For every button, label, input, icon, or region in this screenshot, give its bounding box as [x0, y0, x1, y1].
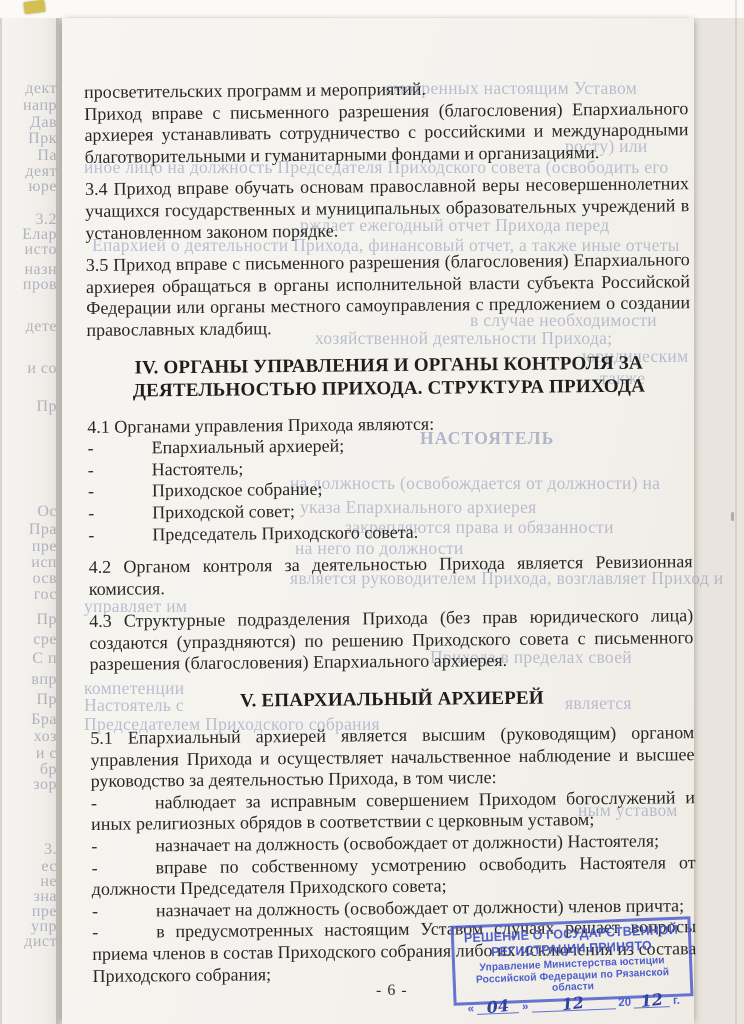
facing-page-text-fragment: Пр: [36, 691, 57, 709]
list-item-text: Настоятель;: [152, 458, 244, 479]
stamp-day-blank: 04: [477, 1000, 519, 1015]
scanned-document: { "document": { "page_number": "- 6 -", …: [0, 0, 744, 1024]
facing-page-text-fragment: Ос: [37, 503, 57, 521]
handwritten-day: 04: [486, 1000, 509, 1012]
handwritten-month: 12: [562, 997, 585, 1009]
document-page: смотренных настоящим Уставомросту) илиин…: [62, 18, 694, 1024]
list-item-indent: [98, 873, 156, 874]
paragraph-4-2: 4.2 Органом контроля за деятельностью Пр…: [89, 551, 693, 600]
list-item: -наблюдает за исправным совершением Прих…: [91, 787, 695, 836]
section-heading-4: IV. ОРГАНЫ УПРАВЛЕНИЯ И ОРГАНЫ КОНТРОЛЯ …: [110, 351, 668, 402]
facing-page-text-fragment: Бра: [31, 711, 57, 729]
list-item-indent: [98, 916, 156, 917]
list-item-marker: -: [91, 793, 97, 813]
stamp-year-prefix: 20: [618, 996, 631, 1009]
facing-page-text-fragment: С п: [32, 650, 57, 668]
facing-page-text-fragment: дист: [24, 933, 57, 951]
list-item-marker: -: [88, 481, 94, 501]
facing-page-text-fragment: и со: [27, 360, 57, 378]
list-item-indent: [94, 453, 152, 454]
list-item-marker: -: [91, 858, 97, 878]
facing-page-text-fragment: сре: [33, 631, 57, 649]
section-heading-5: V. ЕПАРХИАЛЬНЫЙ АРХИЕРЕЙ: [113, 685, 671, 713]
list-item-indent: [94, 540, 152, 541]
list-item-marker: -: [87, 438, 93, 458]
list-item-text: Председатель Приходского совета.: [152, 521, 418, 544]
paragraph-3-4: 3.4 Приход вправе обучать основам правос…: [85, 174, 690, 245]
facing-page-text-fragment: напр: [23, 97, 57, 115]
list-item: -Председатель Приходского совета.: [88, 519, 692, 546]
facing-page-text-fragment: хоз: [34, 728, 57, 746]
registration-stamp: РЕШЕНИЕ О ГОСУДАРСТВЕННОЙ РЕГИСТРАЦИИ ПР…: [450, 916, 693, 1006]
paragraph-4-3: 4.3 Структурные подразделения Прихода (б…: [89, 605, 694, 676]
list-item-marker: -: [88, 460, 94, 480]
facing-page-text-fragment: зор: [33, 776, 57, 794]
list-item-indent: [94, 518, 152, 519]
list-item-marker: -: [92, 922, 98, 942]
list-item-indent: [97, 851, 155, 852]
list-item-text: назначает на должность (освобождает от д…: [155, 831, 659, 856]
paragraph-5-1: 5.1 Епархиальный архиерей является высши…: [90, 722, 695, 793]
stamp-close-quote: »: [522, 1000, 529, 1012]
paragraph: Приход вправе с письменного разрешения (…: [84, 98, 689, 169]
list-item-marker: -: [88, 524, 94, 544]
facing-page-text-fragment: гос: [34, 586, 57, 604]
list-item-text: Приходской совет;: [152, 501, 295, 522]
facing-page-text-fragment: Прк: [28, 130, 57, 148]
handwritten-year: 12: [640, 994, 663, 1006]
facing-page-text-fragment: пров: [23, 276, 57, 294]
facing-page-text-fragment: исто: [25, 241, 57, 259]
list-item-text: назначает на должность (освобождает от д…: [156, 895, 684, 920]
list-item-text: Епархиальный архиерей;: [151, 436, 344, 458]
list-item-indent: [94, 497, 152, 498]
document-text: просветительских программ и мероприятий.…: [84, 76, 697, 998]
scanner-background: [0, 0, 744, 18]
scanner-artifact-line: [735, 0, 737, 1024]
list-item-marker: -: [91, 836, 97, 856]
paper-speck: [731, 512, 734, 521]
facing-page-text-fragment: дект: [25, 80, 57, 98]
facing-page-text-fragment: дете: [26, 318, 57, 336]
list-item-marker: -: [88, 503, 94, 523]
facing-page-text-fragment: Пр: [36, 398, 57, 416]
list-item-indent: [98, 938, 156, 939]
stamp-year-blank: 12: [634, 994, 670, 1008]
list-item-indent: [94, 475, 152, 476]
list-item: -вправе по собственному усмотрению освоб…: [91, 852, 695, 901]
list-item-text: вправе по собственному усмотрению освобо…: [92, 852, 696, 899]
list-item-indent: [97, 808, 155, 809]
scanner-artifact: [23, 0, 45, 14]
list-item-text: наблюдает за исправным совершением Прихо…: [91, 787, 695, 834]
facing-page-edge: дектнапрДавПркПадеятюре3.2Еларистоназнпр…: [0, 0, 60, 1024]
list-item-marker: -: [92, 901, 98, 921]
stamp-open-quote: «: [467, 1002, 474, 1014]
facing-page-text-fragment: впр: [31, 671, 57, 689]
list-item-text: Приходское собрание;: [152, 479, 323, 501]
facing-page-text-fragment: юре: [28, 178, 57, 196]
facing-page-text-fragment: Пр: [36, 611, 57, 629]
management-bodies-list: -Епархиальный архиерей;-Настоятель;-Прих…: [87, 432, 692, 546]
paragraph-3-5: 3.5 Приход вправе с письменного разрешен…: [86, 249, 691, 341]
stamp-month-blank: 12: [531, 996, 615, 1012]
facing-page-text-fragment: Пра: [29, 521, 57, 539]
paper-speck: [157, 442, 160, 445]
stamp-year-suffix: г.: [673, 994, 680, 1006]
page-number: - 6 -: [376, 982, 408, 1000]
